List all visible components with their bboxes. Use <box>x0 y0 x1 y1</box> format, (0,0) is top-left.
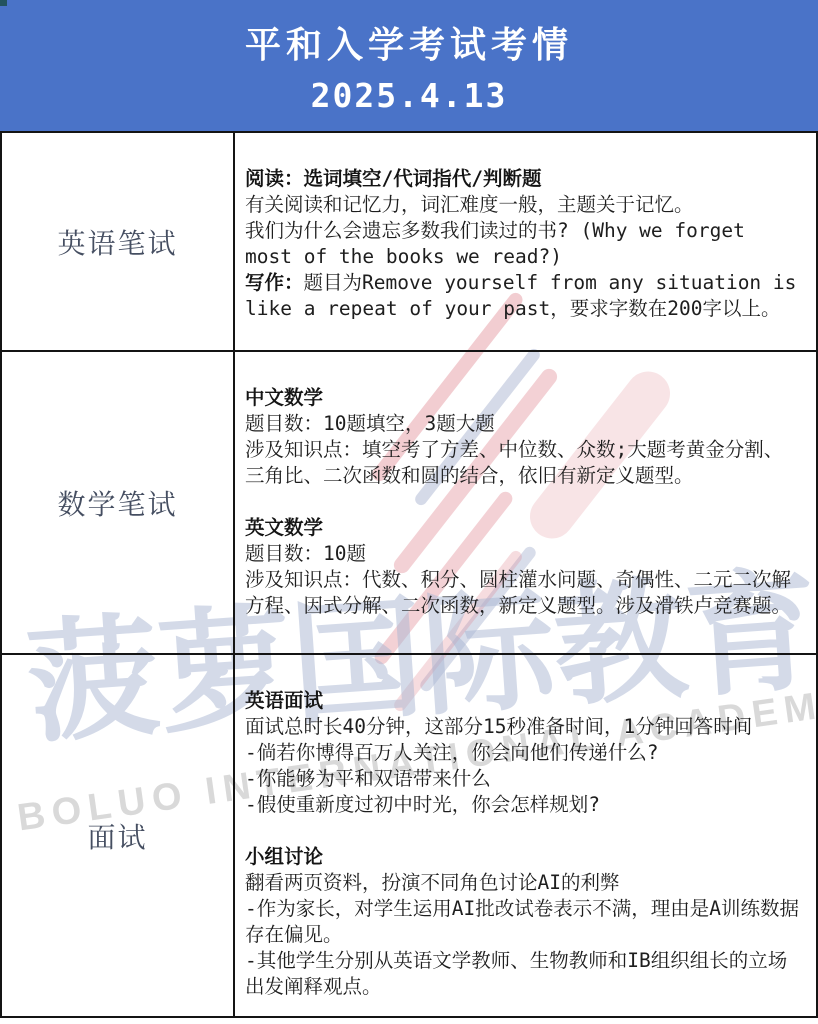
exam-report-page: 平和入学考试考情 2025.4.13 菠萝国际教育 BOLUO INTERNAT… <box>0 0 818 1024</box>
content-line: 题目数：10题填空，3题大题 <box>245 411 802 437</box>
row-content: 阅读：选词填空/代词指代/判断题有关阅读和记忆力，词汇难度一般，主题关于记忆。我… <box>235 133 816 350</box>
page-title: 平和入学考试考情 <box>245 17 573 68</box>
exam-table: 英语笔试阅读：选词填空/代词指代/判断题有关阅读和记忆力，词汇难度一般，主题关于… <box>0 131 818 1018</box>
content-line: 中文数学 <box>245 385 802 411</box>
content-line: 涉及知识点：填空考了方差、中位数、众数;大题考黄金分割、三角比、二次函数和圆的结… <box>245 437 802 489</box>
row-label: 面试 <box>2 655 235 1016</box>
content-line: 阅读：选词填空/代词指代/判断题 <box>245 166 802 192</box>
row-label: 数学笔试 <box>2 352 235 653</box>
content-line: -作为家长，对学生运用AI批改试卷表示不满，理由是A训练数据存在偏见。 <box>245 896 802 948</box>
blank-line <box>245 489 802 515</box>
page-date: 2025.4.13 <box>311 76 508 115</box>
blank-line <box>245 818 802 844</box>
table-row: 数学笔试中文数学题目数：10题填空，3题大题涉及知识点：填空考了方差、中位数、众… <box>2 352 816 655</box>
content-line: 有关阅读和记忆力，词汇难度一般，主题关于记忆。 <box>245 192 802 218</box>
row-label: 英语笔试 <box>2 133 235 350</box>
content-line: -假使重新度过初中时光，你会怎样规划? <box>245 792 802 818</box>
content-line: 题目数：10题 <box>245 541 802 567</box>
content-line: 写作：题目为Remove yourself from any situation… <box>245 270 802 322</box>
content-line: 英语面试 <box>245 688 802 714</box>
content-line: 面试总时长40分钟，这部分15秒准备时间，1分钟回答时间 <box>245 714 802 740</box>
corner-mark <box>0 0 7 6</box>
table-row: 面试英语面试面试总时长40分钟，这部分15秒准备时间，1分钟回答时间-倘若你博得… <box>2 655 816 1016</box>
row-content: 英语面试面试总时长40分钟，这部分15秒准备时间，1分钟回答时间-倘若你博得百万… <box>235 655 816 1016</box>
table-row: 英语笔试阅读：选词填空/代词指代/判断题有关阅读和记忆力，词汇难度一般，主题关于… <box>2 133 816 352</box>
content-line: -其他学生分别从英语文学教师、生物教师和IB组织组长的立场出发阐释观点。 <box>245 948 802 1000</box>
content-line: 翻看两页资料，扮演不同角色讨论AI的利弊 <box>245 870 802 896</box>
content-line: 涉及知识点：代数、积分、圆柱灌水问题、奇偶性、二元二次解方程、因式分解、二次函数… <box>245 567 802 619</box>
page-header: 平和入学考试考情 2025.4.13 <box>0 0 818 131</box>
row-content: 中文数学题目数：10题填空，3题大题涉及知识点：填空考了方差、中位数、众数;大题… <box>235 352 816 653</box>
content-line: -你能够为平和双语带来什么 <box>245 766 802 792</box>
content-line: 小组讨论 <box>245 844 802 870</box>
content-line: -倘若你博得百万人关注，你会向他们传递什么? <box>245 740 802 766</box>
content-line: 英文数学 <box>245 515 802 541</box>
content-line: 我们为什么会遗忘多数我们读过的书? (Why we forget most of… <box>245 218 802 270</box>
